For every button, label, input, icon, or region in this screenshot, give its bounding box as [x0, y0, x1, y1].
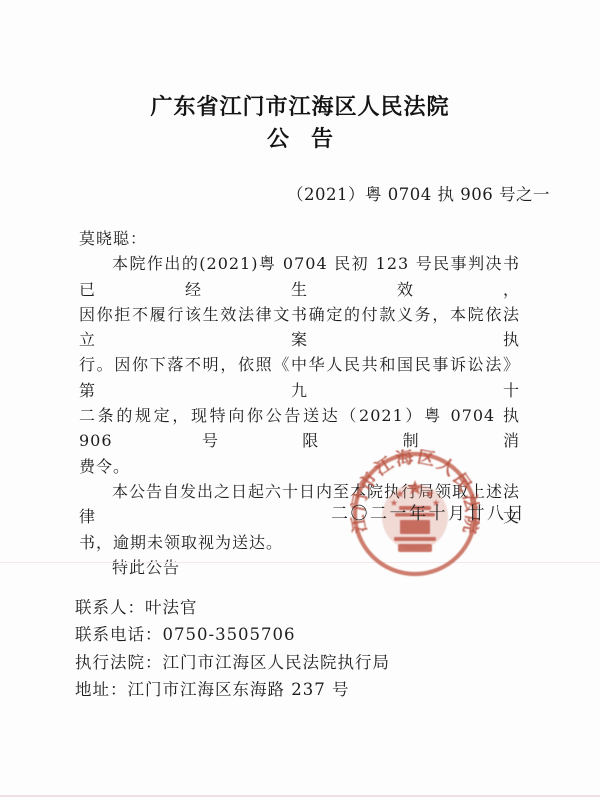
scan-artifact-line	[0, 795, 600, 797]
body-line: 行。因你下落不明，依照《中华人民共和国民事诉讼法》第九十	[79, 352, 520, 403]
case-number: （2021）粤 0704 执 906 号之一	[287, 181, 550, 205]
body-line: 因你拒不履行该生效法律文书确定的付款义务，本院依法立案执	[79, 302, 520, 353]
contact-line: 联系电话：0750-3505706	[75, 621, 390, 648]
contact-line: 执行法院：江门市江海区人民法院执行局	[75, 649, 390, 676]
body-line: 二条的规定，现特向你公告送达（2021）粤 0704 执 906 号限制消	[79, 403, 520, 454]
body-line: 莫晓聪：	[79, 226, 520, 251]
contact-line: 联系人：叶法官	[75, 594, 390, 621]
scan-artifact-line	[0, 562, 600, 563]
court-name-title: 广东省江门市江海区人民法院	[0, 90, 600, 121]
issue-date: 二〇二一年十月廿八日	[331, 499, 526, 524]
document-page: 广东省江门市江海区人民法院 公 告 （2021）粤 0704 执 906 号之一…	[0, 0, 600, 800]
body-line: 本院作出的(2021)粤 0704 民初 123 号民事判决书已经生效，	[79, 251, 520, 302]
document-type-title: 公 告	[0, 122, 600, 153]
contact-line: 地址：江门市江海区东海路 237 号	[75, 676, 390, 703]
contact-block: 联系人：叶法官联系电话：0750-3505706执行法院：江门市江海区人民法院执…	[75, 594, 390, 704]
